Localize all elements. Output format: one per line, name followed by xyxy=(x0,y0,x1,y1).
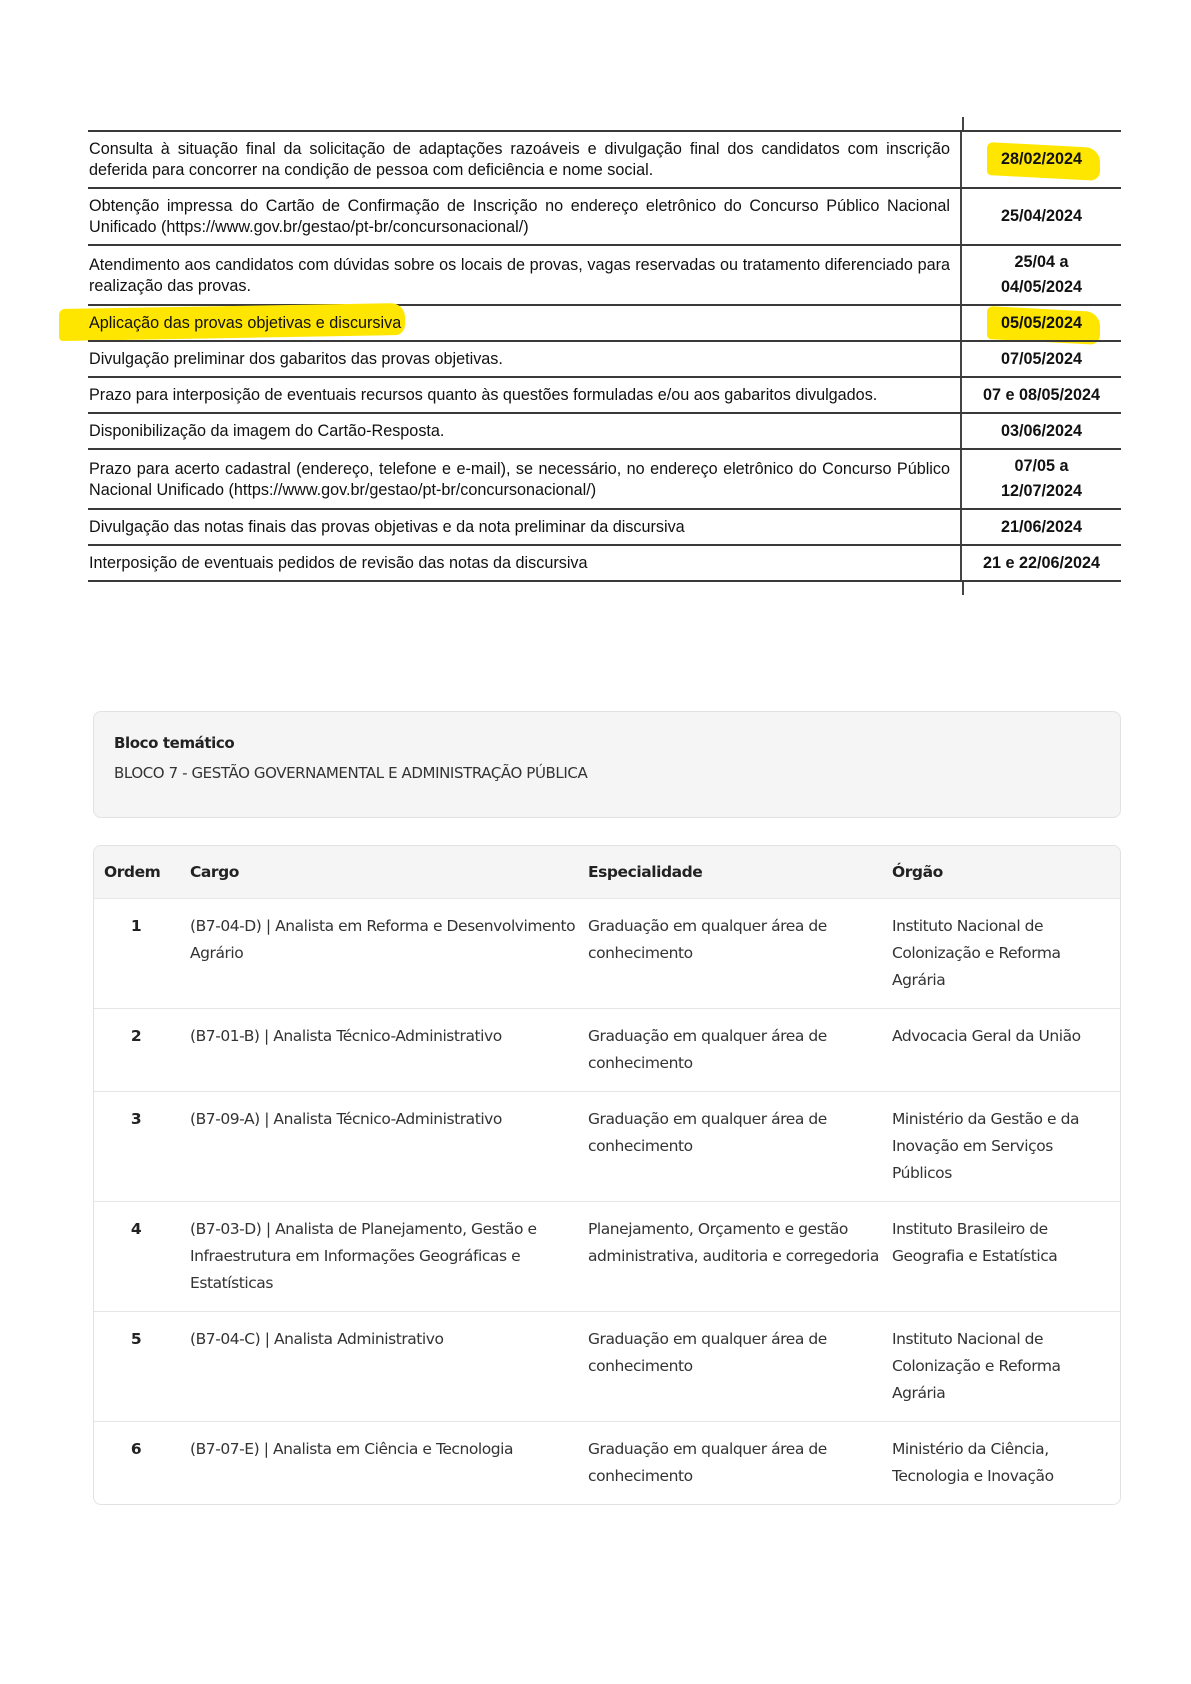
column-divider-stub xyxy=(962,117,964,130)
schedule-date-cell: 07 e 08/05/2024 xyxy=(962,378,1121,412)
schedule-row: Prazo para interposição de eventuais rec… xyxy=(88,376,1121,412)
schedule-description-cell: Interposição de eventuais pedidos de rev… xyxy=(88,546,962,580)
schedule-date: 07/05/2024 xyxy=(1001,347,1082,372)
schedule-row: Atendimento aos candidatos com dúvidas s… xyxy=(88,244,1121,304)
cargos-table-body: 1(B7-04-D) | Analista em Reforma e Desen… xyxy=(94,899,1120,1505)
schedule-date-cell: 07/05/2024 xyxy=(962,342,1121,376)
schedule-description: Disponibilização da imagem do Cartão-Res… xyxy=(89,421,950,442)
cell-especialidade: Graduação em qualquer área de conhecimen… xyxy=(582,1312,886,1422)
schedule-date-cell: 25/04/2024 xyxy=(962,189,1121,244)
bloco-value: BLOCO 7 - GESTÃO GOVERNAMENTAL E ADMINIS… xyxy=(114,764,1100,782)
schedule-date-cell: 21/06/2024 xyxy=(962,510,1121,544)
cell-orgao: Ministério da Ciência, Tecnologia e Inov… xyxy=(886,1422,1120,1505)
cell-cargo: (B7-07-E) | Analista em Ciência e Tecnol… xyxy=(184,1422,582,1505)
cell-orgao: Instituto Nacional de Colonização e Refo… xyxy=(886,1312,1120,1422)
schedule-description-cell: Prazo para interposição de eventuais rec… xyxy=(88,378,962,412)
schedule-date: 25/04/2024 xyxy=(1001,204,1082,229)
schedule-description: Atendimento aos candidatos com dúvidas s… xyxy=(89,255,950,297)
cell-orgao: Instituto Nacional de Colonização e Refo… xyxy=(886,899,1120,1009)
cell-especialidade: Graduação em qualquer área de conhecimen… xyxy=(582,1092,886,1202)
schedule-description-cell: Disponibilização da imagem do Cartão-Res… xyxy=(88,414,962,448)
cell-orgao: Ministério da Gestão e da Inovação em Se… xyxy=(886,1092,1120,1202)
column-divider-stub xyxy=(962,582,964,595)
schedule-description-cell: Consulta à situação final da solicitação… xyxy=(88,132,962,187)
schedule-date-cell: 07/05 a 12/07/2024 xyxy=(962,450,1121,508)
schedule-row: Aplicação das provas objetivas e discurs… xyxy=(88,304,1121,340)
bloco-label: Bloco temático xyxy=(114,734,1100,752)
cell-orgao: Instituto Brasileiro de Geografia e Esta… xyxy=(886,1202,1120,1312)
schedule-rows: Consulta à situação final da solicitação… xyxy=(88,130,1121,582)
cargos-table: Ordem Cargo Especialidade Órgão 1(B7-04-… xyxy=(94,846,1120,1504)
schedule-date: 21/06/2024 xyxy=(1001,515,1082,540)
schedule-row: Disponibilização da imagem do Cartão-Res… xyxy=(88,412,1121,448)
cell-cargo: (B7-04-D) | Analista em Reforma e Desenv… xyxy=(184,899,582,1009)
schedule-description-cell: Obtenção impressa do Cartão de Confirmaç… xyxy=(88,189,962,244)
schedule-date: 07 e 08/05/2024 xyxy=(983,383,1100,408)
schedule-description-cell: Atendimento aos candidatos com dúvidas s… xyxy=(88,246,962,304)
schedule-description: Consulta à situação final da solicitação… xyxy=(89,139,950,181)
schedule-row: Divulgação das notas finais das provas o… xyxy=(88,508,1121,544)
schedule-description: Aplicação das provas objetivas e discurs… xyxy=(89,313,950,334)
schedule-description-cell: Prazo para acerto cadastral (endereço, t… xyxy=(88,450,962,508)
schedule-date: 21 e 22/06/2024 xyxy=(983,551,1100,576)
schedule-description-cell: Aplicação das provas objetivas e discurs… xyxy=(88,306,962,340)
cell-ordem: 1 xyxy=(94,899,184,1009)
table-row: 3(B7-09-A) | Analista Técnico-Administra… xyxy=(94,1092,1120,1202)
cell-especialidade: Graduação em qualquer área de conhecimen… xyxy=(582,899,886,1009)
table-row: 5(B7-04-C) | Analista AdministrativoGrad… xyxy=(94,1312,1120,1422)
header-cargo: Cargo xyxy=(184,846,582,899)
schedule-row: Divulgação preliminar dos gabaritos das … xyxy=(88,340,1121,376)
schedule-description: Interposição de eventuais pedidos de rev… xyxy=(89,553,950,574)
schedule-row: Interposição de eventuais pedidos de rev… xyxy=(88,544,1121,582)
cell-especialidade: Graduação em qualquer área de conhecimen… xyxy=(582,1422,886,1505)
cell-cargo: (B7-01-B) | Analista Técnico-Administrat… xyxy=(184,1009,582,1092)
cell-ordem: 4 xyxy=(94,1202,184,1312)
cell-cargo: (B7-04-C) | Analista Administrativo xyxy=(184,1312,582,1422)
cell-orgao: Advocacia Geral da União xyxy=(886,1009,1120,1092)
schedule-description: Prazo para acerto cadastral (endereço, t… xyxy=(89,459,950,501)
schedule-description: Prazo para interposição de eventuais rec… xyxy=(89,385,950,406)
table-row: 4(B7-03-D) | Analista de Planejamento, G… xyxy=(94,1202,1120,1312)
schedule-date-cell: 21 e 22/06/2024 xyxy=(962,546,1121,580)
cell-ordem: 3 xyxy=(94,1092,184,1202)
schedule-description: Divulgação das notas finais das provas o… xyxy=(89,517,950,538)
header-especialidade: Especialidade xyxy=(582,846,886,899)
schedule-description-cell: Divulgação das notas finais das provas o… xyxy=(88,510,962,544)
schedule-description: Obtenção impressa do Cartão de Confirmaç… xyxy=(89,196,950,238)
cell-especialidade: Planejamento, Orçamento e gestão adminis… xyxy=(582,1202,886,1312)
cell-cargo: (B7-03-D) | Analista de Planejamento, Ge… xyxy=(184,1202,582,1312)
schedule-row: Consulta à situação final da solicitação… xyxy=(88,130,1121,187)
table-header-row: Ordem Cargo Especialidade Órgão xyxy=(94,846,1120,899)
schedule-date: 07/05 a 12/07/2024 xyxy=(1001,454,1082,504)
cargos-table-card: Ordem Cargo Especialidade Órgão 1(B7-04-… xyxy=(93,845,1121,1505)
schedule-date: 05/05/2024 xyxy=(1001,311,1082,336)
cell-ordem: 5 xyxy=(94,1312,184,1422)
table-row: 2(B7-01-B) | Analista Técnico-Administra… xyxy=(94,1009,1120,1092)
schedule-date-cell: 03/06/2024 xyxy=(962,414,1121,448)
schedule-date: 25/04 a 04/05/2024 xyxy=(1001,250,1082,300)
header-orgao: Órgão xyxy=(886,846,1120,899)
schedule-date-cell: 05/05/2024 xyxy=(962,306,1121,340)
cell-ordem: 6 xyxy=(94,1422,184,1505)
header-ordem: Ordem xyxy=(94,846,184,899)
cell-ordem: 2 xyxy=(94,1009,184,1092)
schedule-description-cell: Divulgação preliminar dos gabaritos das … xyxy=(88,342,962,376)
schedule-row: Obtenção impressa do Cartão de Confirmaç… xyxy=(88,187,1121,244)
table-row: 6(B7-07-E) | Analista em Ciência e Tecno… xyxy=(94,1422,1120,1505)
cell-especialidade: Graduação em qualquer área de conhecimen… xyxy=(582,1009,886,1092)
schedule-date-cell: 28/02/2024 xyxy=(962,132,1121,187)
schedule-date: 28/02/2024 xyxy=(1001,147,1082,172)
cell-cargo: (B7-09-A) | Analista Técnico-Administrat… xyxy=(184,1092,582,1202)
schedule-description: Divulgação preliminar dos gabaritos das … xyxy=(89,349,950,370)
schedule-date-cell: 25/04 a 04/05/2024 xyxy=(962,246,1121,304)
bloco-tematico-card: Bloco temático BLOCO 7 - GESTÃO GOVERNAM… xyxy=(93,711,1121,818)
schedule-row: Prazo para acerto cadastral (endereço, t… xyxy=(88,448,1121,508)
highlight-mark: Aplicação das provas objetivas e discurs… xyxy=(89,314,401,332)
schedule-date: 03/06/2024 xyxy=(1001,419,1082,444)
table-row: 1(B7-04-D) | Analista em Reforma e Desen… xyxy=(94,899,1120,1009)
